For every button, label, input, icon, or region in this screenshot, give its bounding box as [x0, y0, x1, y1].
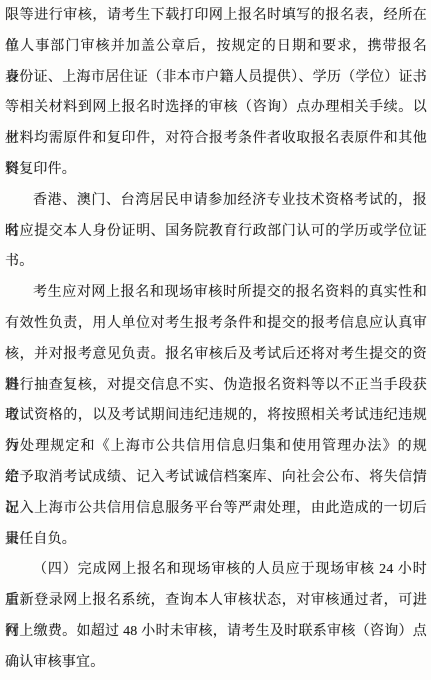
text-line: 为处理规定和《上海市公共信用信息归集和使用管理办法》的规定， [5, 432, 427, 463]
text-line: 重新登录网上报名系统，查询本人审核状态，对审核通过者，可进行 [5, 586, 427, 617]
text-line: 材料均需原件和复印件，对符合报考条件者收取报名表原件和其他资 [5, 124, 427, 155]
text-line: 等相关材料到网上报名时选择的审核（咨询）点办理相关手续。以上 [5, 93, 427, 124]
text-line: 核，并对报考意见负责。报名审核后及考试后还将对考生提交的资料 [5, 340, 427, 371]
text-line: 网上缴费。如超过 48 小时未审核，请考生及时联系审核（咨询）点 [5, 617, 427, 648]
text-line: 考试资格的，以及考试期间违纪违规的，将按照相关考试违纪违规行 [5, 401, 427, 432]
document-page: 限等进行审核，请考生下载打印网上报名时填写的报名表，经所在单 位人事部门审核并加… [0, 0, 431, 680]
text-line: 身份证、上海市居住证（非本市户籍人员提供）、学历（学位）证书 [5, 63, 427, 94]
text-line: 香港、澳门、台湾居民申请参加经济专业技术资格考试的，报名 [5, 186, 427, 217]
text-line: 给予取消考试成绩、记入考试诚信档案库、向社会公布、将失信情况 [5, 463, 427, 494]
text-line: 记入上海市公共信用信息服务平台等严肃处理，由此造成的一切后果 [5, 494, 427, 525]
paragraph-authenticity-responsibility: 考生应对网上报名和现场审核时所提交的报名资料的真实性和 有效性负责，用人单位对考… [5, 278, 427, 555]
text-line: 限等进行审核，请考生下载打印网上报名时填写的报名表，经所在单 [5, 1, 427, 32]
text-line: 考生应对网上报名和现场审核时所提交的报名资料的真实性和 [5, 278, 427, 309]
text-line: 进行抽查复核，对提交信息不实、伪造报名资料等以不正当手段获取 [5, 371, 427, 402]
text-line: 书。 [5, 247, 427, 278]
text-line: 有效性负责，用人单位对考生报考条件和提交的报考信息应认真审 [5, 309, 427, 340]
text-line: 时应提交本人身份证明、国务院教育行政部门认可的学历或学位证 [5, 217, 427, 248]
text-line: 责任自负。 [5, 525, 427, 556]
text-line: 位人事部门审核并加盖公章后，按规定的日期和要求，携带报名表、 [5, 32, 427, 63]
text-line: 料复印件。 [5, 155, 427, 186]
paragraph-registration-review: 限等进行审核，请考生下载打印网上报名时填写的报名表，经所在单 位人事部门审核并加… [5, 1, 427, 186]
text-line: 确认审核事宜。 [5, 648, 427, 679]
paragraph-item-four-payment: （四）完成网上报名和现场审核的人员应于现场审核 24 小时后， 重新登录网上报名… [5, 555, 427, 678]
text-line: （四）完成网上报名和现场审核的人员应于现场审核 24 小时后， [5, 555, 427, 586]
paragraph-hk-macau-taiwan: 香港、澳门、台湾居民申请参加经济专业技术资格考试的，报名 时应提交本人身份证明、… [5, 186, 427, 278]
